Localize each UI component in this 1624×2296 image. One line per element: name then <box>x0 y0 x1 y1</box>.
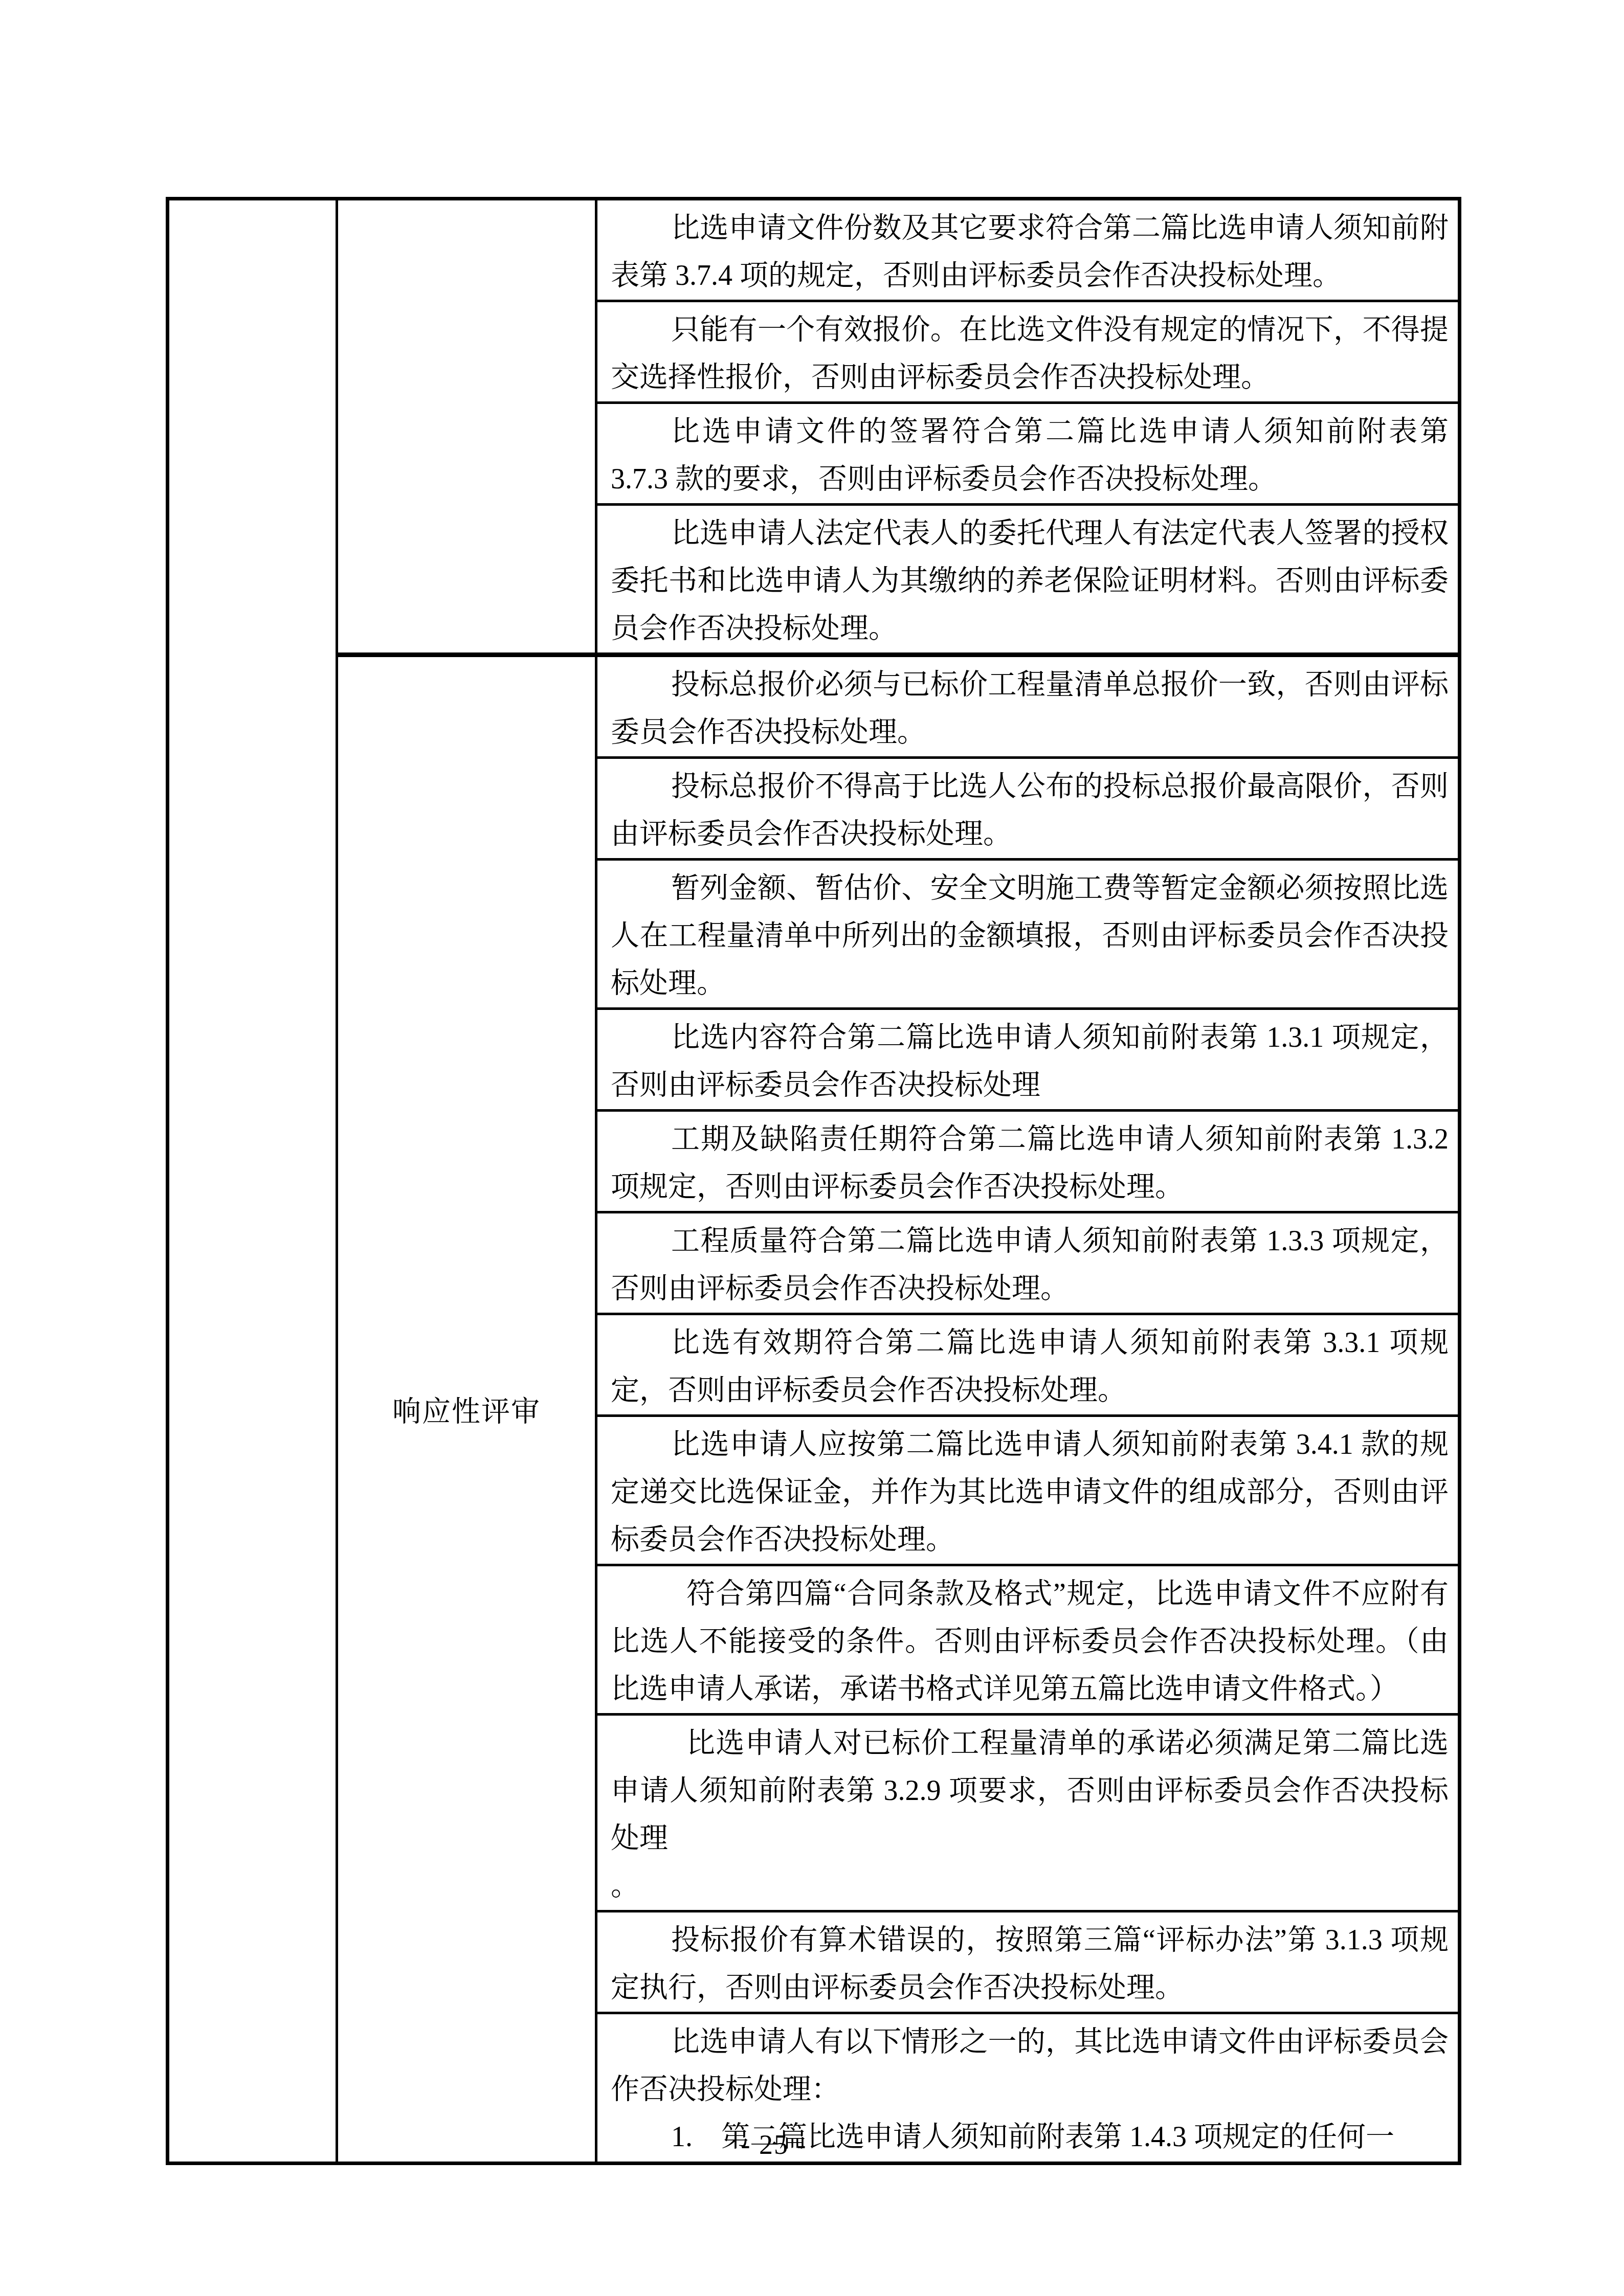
criteria-paragraph: 投标报价有算术错误的，按照第三篇“评标办法”第 3.1.3 项规定执行，否则由评… <box>611 1917 1449 2012</box>
criteria-paragraph: 暂列金额、暂估价、安全文明施工费等暂定金额必须按照比选人在工程量清单中所列出的金… <box>611 865 1449 1007</box>
left-spanning-empty-cell <box>168 199 337 2164</box>
criteria-paragraph: 投标总报价不得高于比选人公布的投标总报价最高限价，否则由评标委员会作否决投标处理… <box>611 763 1449 858</box>
criteria-paragraph: 比选申请人应按第二篇比选申请人须知前附表第 3.4.1 款的规定递交比选保证金，… <box>611 1421 1449 1564</box>
criteria-cell: 只能有一个有效报价。在比选文件没有规定的情况下，不得提交选择性报价，否则由评标委… <box>596 301 1460 403</box>
criteria-cell: 比选申请人法定代表人的委托代理人有法定代表人签署的授权委托书和比选申请人为其缴纳… <box>596 505 1460 655</box>
upper-stage-empty-cell <box>337 199 596 655</box>
criteria-cell: 比选有效期符合第二篇比选申请人须知前附表第 3.3.1 项规定，否则由评标委员会… <box>596 1314 1460 1416</box>
page-number: - 25 - <box>741 2129 807 2160</box>
criteria-cell: 工期及缺陷责任期符合第二篇比选申请人须知前附表第 1.3.2 项规定，否则由评标… <box>596 1111 1460 1212</box>
criteria-paragraph: 比选申请人有以下情形之一的，其比选申请文件由评标委员会作否决投标处理： <box>611 2018 1449 2113</box>
table-row: 比选申请文件份数及其它要求符合第二篇比选申请人须知前附表第 3.7.4 项的规定… <box>168 199 1460 301</box>
criteria-cell: 投标总报价必须与已标价工程量清单总报价一致，否则由评标委员会作否决投标处理。 <box>596 655 1460 758</box>
criteria-cell: 符合第四篇“合同条款及格式”规定，比选申请文件不应附有比选人不能接受的条件。否则… <box>596 1565 1460 1715</box>
criteria-paragraph: 工期及缺陷责任期符合第二篇比选申请人须知前附表第 1.3.2 项规定，否则由评标… <box>611 1116 1449 1211</box>
criteria-paragraph: 。 <box>611 1862 1449 1910</box>
criteria-paragraph: 工程质量符合第二篇比选申请人须知前附表第 1.3.3 项规定，否则由评标委员会作… <box>611 1218 1449 1313</box>
criteria-cell: 比选内容符合第二篇比选申请人须知前附表第 1.3.1 项规定，否则由评标委员会作… <box>596 1009 1460 1111</box>
criteria-paragraph: 比选有效期符合第二篇比选申请人须知前附表第 3.3.1 项规定，否则由评标委员会… <box>611 1319 1449 1414</box>
table-row: 响应性评审 投标总报价必须与已标价工程量清单总报价一致，否则由评标委员会作否决投… <box>168 655 1460 758</box>
criteria-cell: 工程质量符合第二篇比选申请人须知前附表第 1.3.3 项规定，否则由评标委员会作… <box>596 1212 1460 1314</box>
review-stage-label: 响应性评审 <box>337 655 596 2164</box>
criteria-cell: 投标总报价不得高于比选人公布的投标总报价最高限价，否则由评标委员会作否决投标处理… <box>596 758 1460 860</box>
criteria-cell: 暂列金额、暂估价、安全文明施工费等暂定金额必须按照比选人在工程量清单中所列出的金… <box>596 860 1460 1009</box>
criteria-paragraph: 投标总报价必须与已标价工程量清单总报价一致，否则由评标委员会作否决投标处理。 <box>611 661 1449 756</box>
criteria-cell: 比选申请文件的签署符合第二篇比选申请人须知前附表第 3.7.3 款的要求，否则由… <box>596 403 1460 505</box>
criteria-cell: 比选申请人应按第二篇比选申请人须知前附表第 3.4.1 款的规定递交比选保证金，… <box>596 1416 1460 1565</box>
evaluation-criteria-table: 比选申请文件份数及其它要求符合第二篇比选申请人须知前附表第 3.7.4 项的规定… <box>166 197 1461 2165</box>
criteria-paragraph: 比选申请文件的签署符合第二篇比选申请人须知前附表第 3.7.3 款的要求，否则由… <box>611 408 1449 503</box>
criteria-paragraph: 只能有一个有效报价。在比选文件没有规定的情况下，不得提交选择性报价，否则由评标委… <box>611 306 1449 401</box>
criteria-paragraph: 1. 第二篇比选申请人须知前附表第 1.4.3 项规定的任何一 <box>611 2113 1449 2161</box>
criteria-cell: 比选申请人对已标价工程量清单的承诺必须满足第二篇比选申请人须知前附表第 3.2.… <box>596 1715 1460 1911</box>
criteria-paragraph: 比选申请人法定代表人的委托代理人有法定代表人签署的授权委托书和比选申请人为其缴纳… <box>611 510 1449 652</box>
criteria-paragraph: 比选申请文件份数及其它要求符合第二篇比选申请人须知前附表第 3.7.4 项的规定… <box>611 205 1449 300</box>
criteria-paragraph: 比选申请人对已标价工程量清单的承诺必须满足第二篇比选申请人须知前附表第 3.2.… <box>611 1720 1449 1862</box>
criteria-cell: 投标报价有算术错误的，按照第三篇“评标办法”第 3.1.3 项规定执行，否则由评… <box>596 1911 1460 2013</box>
criteria-paragraph: 符合第四篇“合同条款及格式”规定，比选申请文件不应附有比选人不能接受的条件。否则… <box>611 1570 1449 1713</box>
criteria-cell: 比选申请文件份数及其它要求符合第二篇比选申请人须知前附表第 3.7.4 项的规定… <box>596 199 1460 301</box>
criteria-cell: 比选申请人有以下情形之一的，其比选申请文件由评标委员会作否决投标处理：1. 第二… <box>596 2013 1460 2164</box>
criteria-paragraph: 比选内容符合第二篇比选申请人须知前附表第 1.3.1 项规定，否则由评标委员会作… <box>611 1014 1449 1109</box>
